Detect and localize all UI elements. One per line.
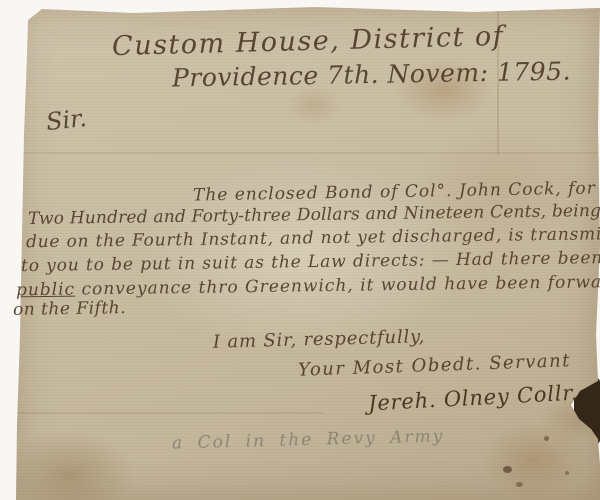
salutation: Sir. <box>45 104 88 136</box>
letterhead-date-line: Providence 7th. Novem: 1795. <box>172 57 571 93</box>
closing-line-2: Your Most Obedt. Servant <box>298 350 572 381</box>
letterhead-line1: Custom House, District of <box>112 21 505 62</box>
pencil-annotation: a Col in the Revy Army <box>172 426 445 453</box>
letter-text: Custom House, District of Providence 7th… <box>0 0 600 500</box>
signature: Jereh. Olney Collr. <box>368 381 579 416</box>
closing-line-1: I am Sir, respectfully, <box>213 326 426 353</box>
body-line-5-rest: conveyance thro Greenwich, it would have… <box>75 272 600 300</box>
body-line-5: public conveyance thro Greenwich, it wou… <box>16 272 600 301</box>
body-line-3: due on the Fourth Instant, and not yet d… <box>26 224 600 253</box>
body-line-6: on the Fifth. <box>13 298 126 320</box>
body-line-4: to you to be put in suit as the Law dire… <box>21 248 600 276</box>
underlined-word: public <box>16 280 75 301</box>
